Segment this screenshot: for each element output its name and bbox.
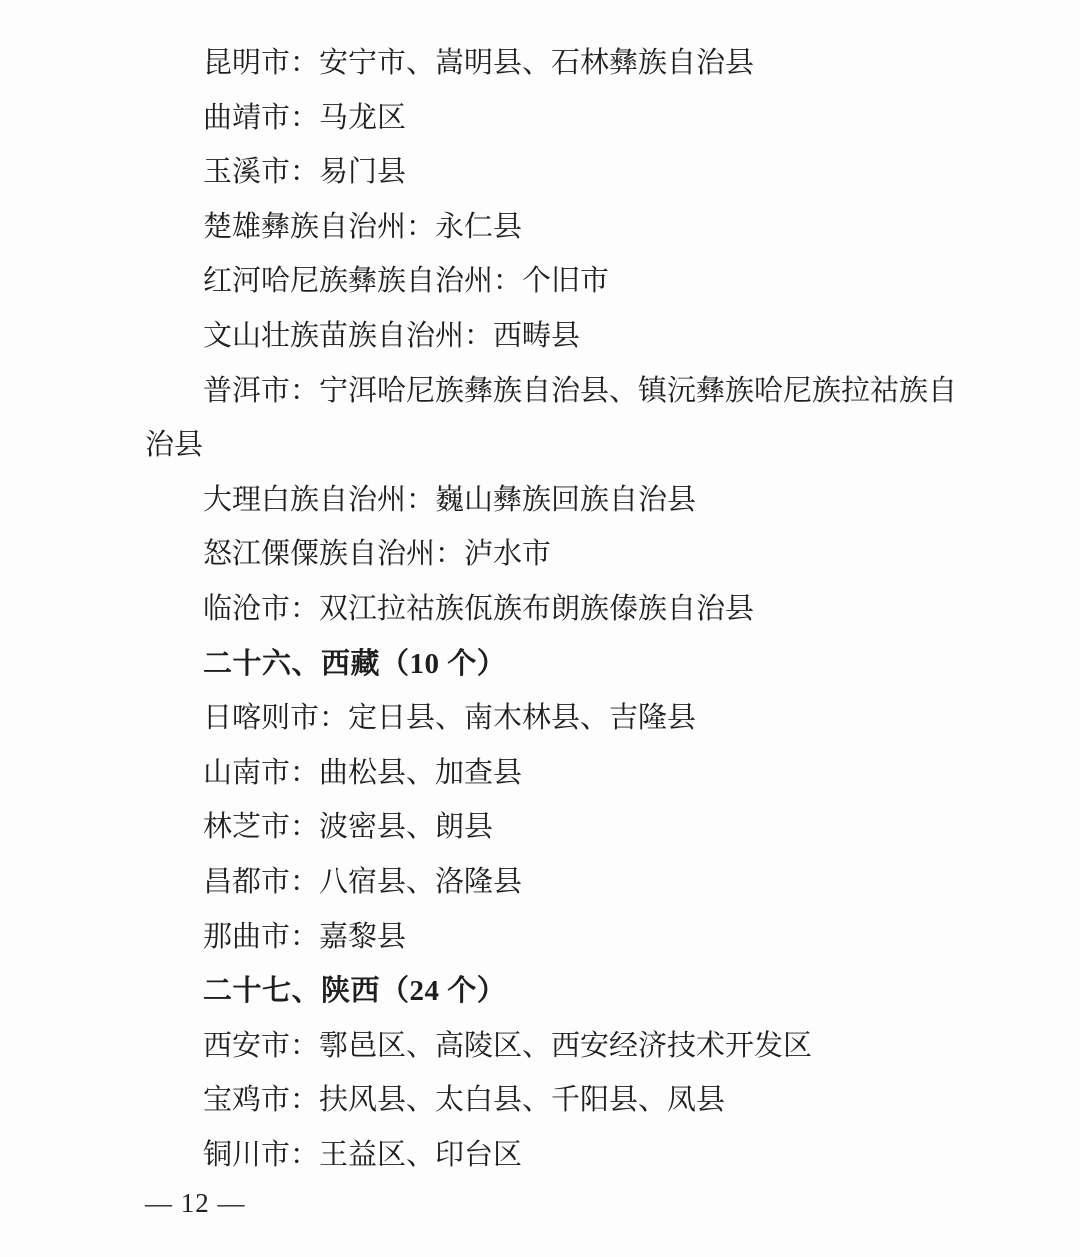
entry-paragraph: 大理白族自治州：巍山彝族回族自治县 (145, 473, 967, 528)
section-heading: 二十七、陕西（24 个） (145, 964, 967, 1019)
entry-paragraph: 昆明市：安宁市、嵩明县、石林彝族自治县 (145, 36, 967, 91)
entry-paragraph: 林芝市：波密县、朗县 (145, 800, 967, 855)
entry-paragraph: 西安市：鄠邑区、高陵区、西安经济技术开发区 (145, 1019, 967, 1074)
entry-paragraph: 那曲市：嘉黎县 (145, 910, 967, 965)
entry-paragraph: 临沧市：双江拉祜族佤族布朗族傣族自治县 (145, 582, 967, 637)
entry-paragraph: 铜川市：王益区、印台区 (145, 1128, 967, 1183)
entry-paragraph: 宝鸡市：扶风县、太白县、千阳县、凤县 (145, 1073, 967, 1128)
document-body: 昆明市：安宁市、嵩明县、石林彝族自治县曲靖市：马龙区玉溪市：易门县楚雄彝族自治州… (145, 0, 967, 1182)
entry-paragraph: 怒江傈僳族自治州：泸水市 (145, 527, 967, 582)
entry-paragraph: 昌都市：八宿县、洛隆县 (145, 855, 967, 910)
section: 二十六、西藏（10 个）日喀则市：定日县、南木林县、吉隆县山南市：曲松县、加查县… (145, 637, 967, 965)
section-heading: 二十六、西藏（10 个） (145, 637, 967, 692)
entry-paragraph: 曲靖市：马龙区 (145, 91, 967, 146)
entry-paragraph: 普洱市：宁洱哈尼族彝族自治县、镇沅彝族哈尼族拉祜族自治县 (145, 364, 967, 473)
entry-paragraph: 红河哈尼族彝族自治州：个旧市 (145, 254, 967, 309)
entry-paragraph: 玉溪市：易门县 (145, 145, 967, 200)
entry-paragraph: 日喀则市：定日县、南木林县、吉隆县 (145, 691, 967, 746)
document-page: 昆明市：安宁市、嵩明县、石林彝族自治县曲靖市：马龙区玉溪市：易门县楚雄彝族自治州… (0, 0, 1080, 1257)
entry-paragraph: 楚雄彝族自治州：永仁县 (145, 200, 967, 255)
section: 昆明市：安宁市、嵩明县、石林彝族自治县曲靖市：马龙区玉溪市：易门县楚雄彝族自治州… (145, 36, 967, 637)
section: 二十七、陕西（24 个）西安市：鄠邑区、高陵区、西安经济技术开发区宝鸡市：扶风县… (145, 964, 967, 1182)
entry-paragraph: 文山壮族苗族自治州：西畴县 (145, 309, 967, 364)
entry-paragraph: 山南市：曲松县、加查县 (145, 746, 967, 801)
page-number: — 12 — (145, 1186, 246, 1220)
